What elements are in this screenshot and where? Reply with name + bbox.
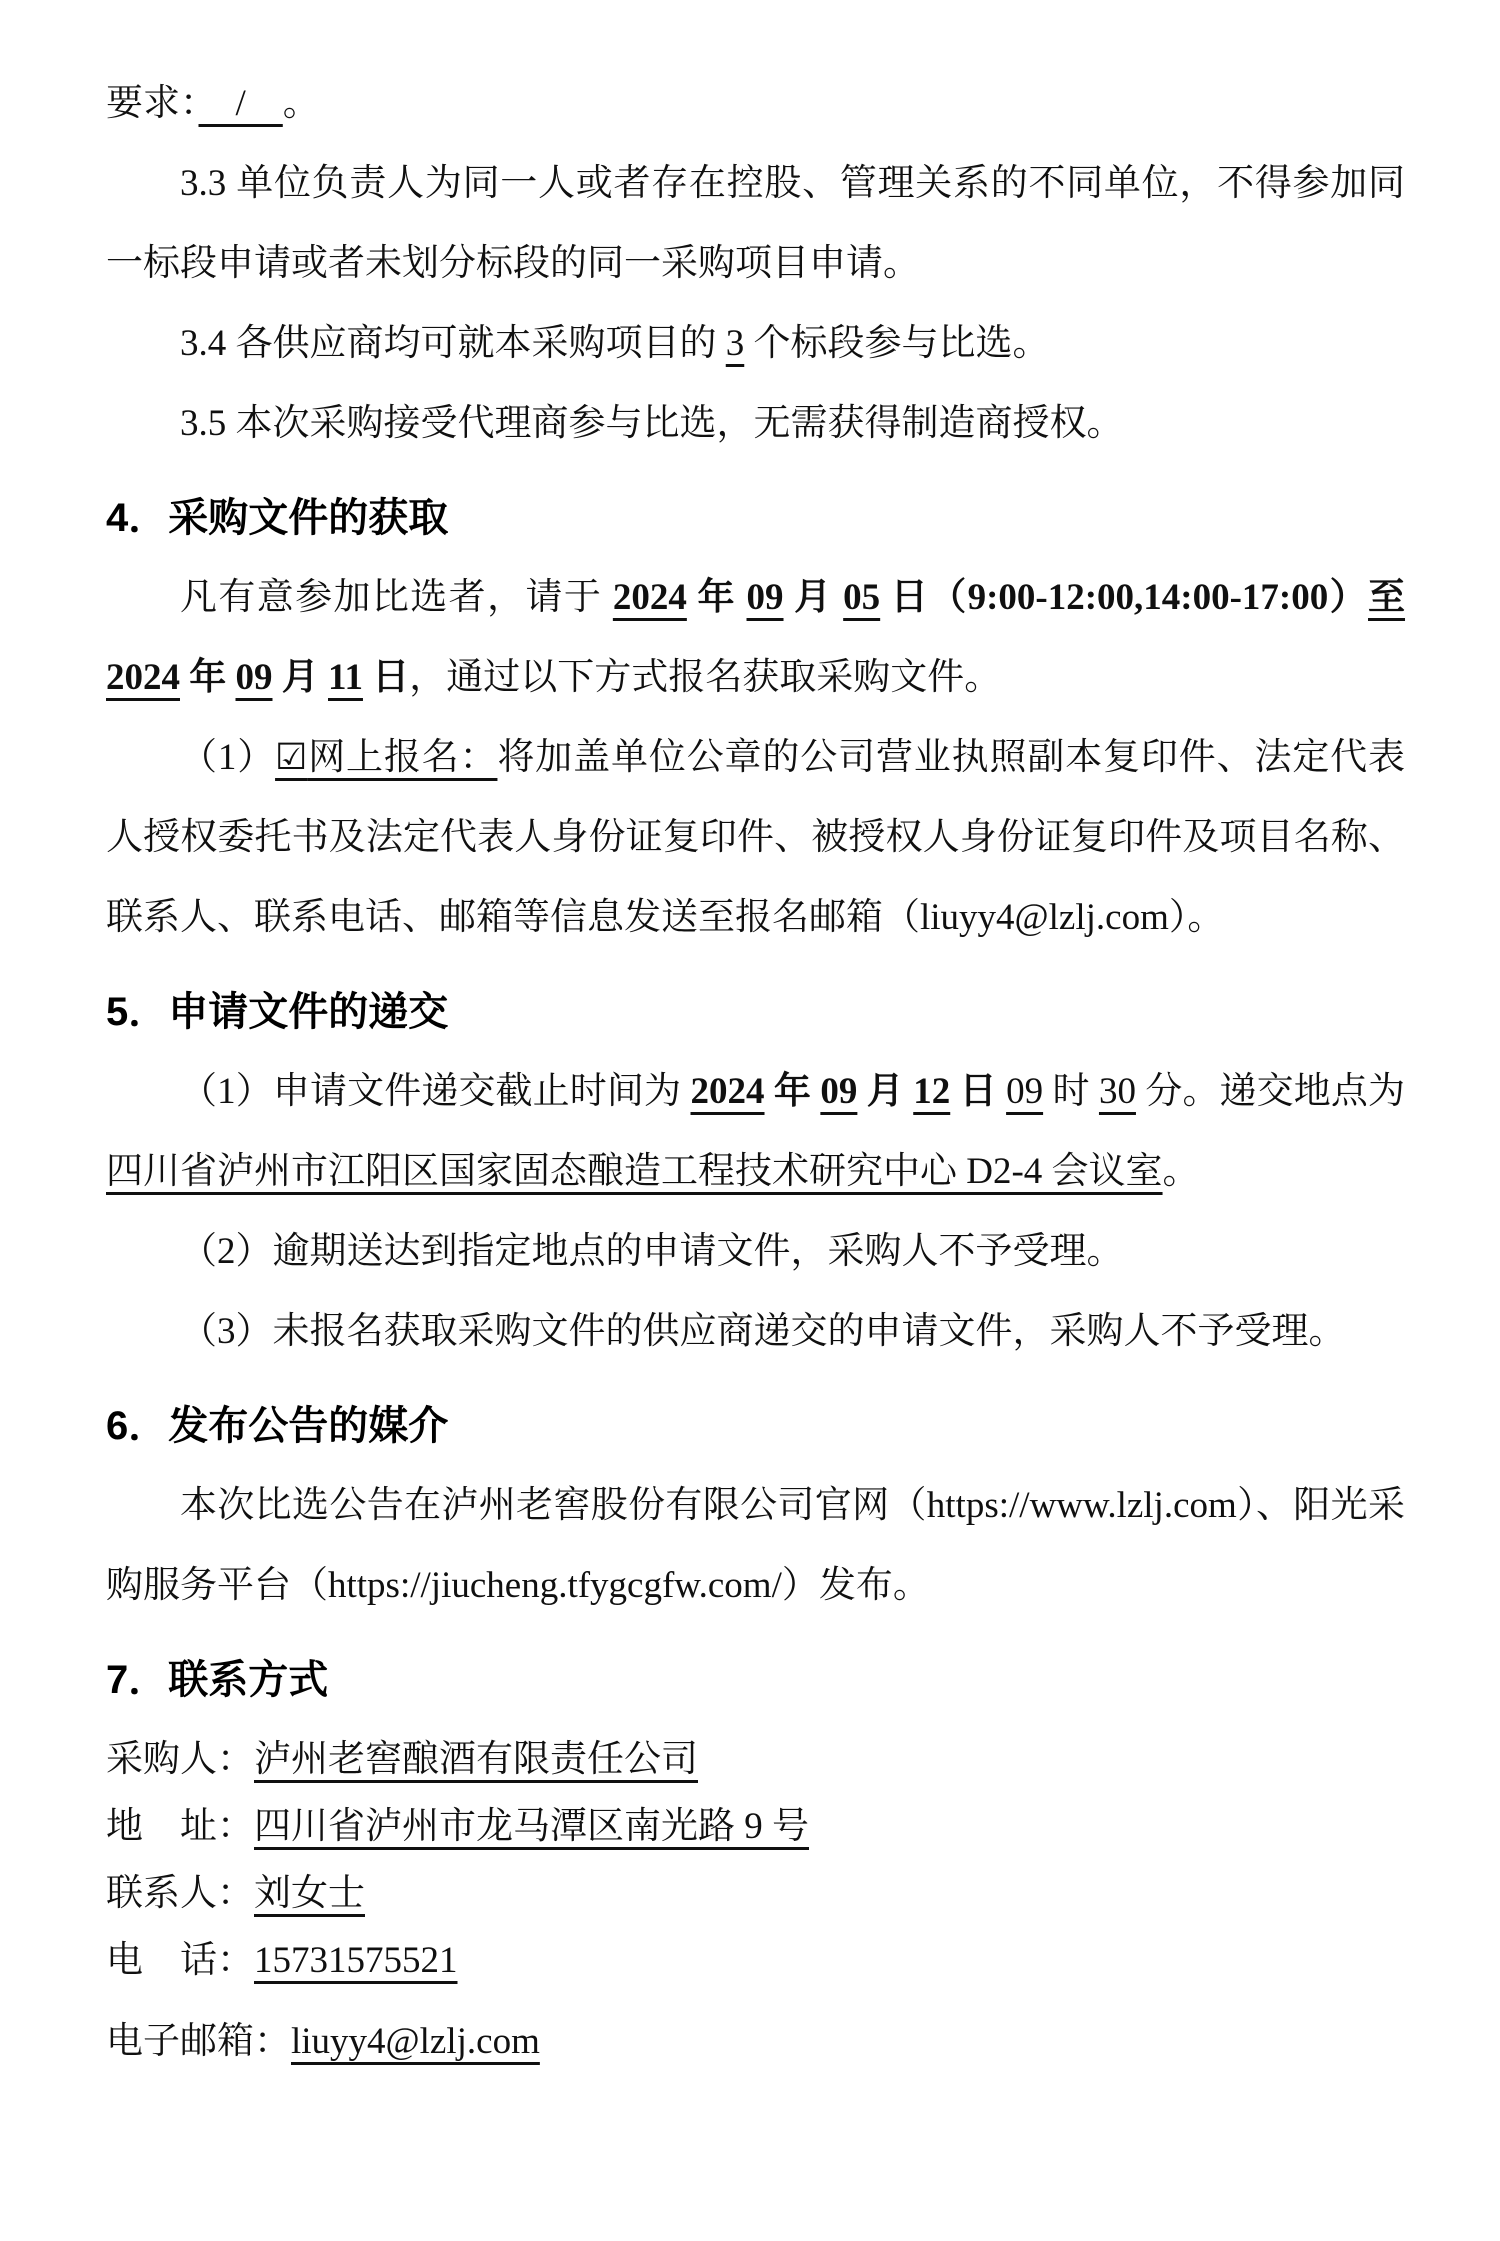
item-3-3: 3.3 单位负责人为同一人或者存在控股、管理关系的不同单位，不得参加同一标段申请…: [106, 144, 1405, 304]
contact-address-label: 地 址：: [106, 1806, 254, 1847]
text-segment: 3.3 单位负责人为同一人或者存在控股、管理关系的不同单位，不得参加同一标段申请…: [106, 163, 1405, 284]
text-segment: 3.5 本次采购接受代理商参与比选，无需获得制造商授权。: [180, 403, 1124, 444]
section-4-heading: 4．采购文件的获取: [106, 478, 1405, 558]
contact-purchaser-label: 采购人：: [106, 1739, 254, 1780]
contact-phone-value: 15731575521: [254, 1940, 458, 1981]
contact-person: 联系人：刘女士: [106, 1860, 1405, 1927]
text-segment: 年: [180, 657, 236, 698]
text-segment: 日（9:00-12:00,14:00-17:00）: [880, 577, 1368, 618]
text-segment: （1）申请文件递交截止时间为: [180, 1071, 691, 1112]
contact-info-block: 采购人：泸州老窖酿酒有限责任公司 地 址：四川省泸州市龙马潭区南光路 9 号 联…: [106, 1726, 1405, 2075]
text-segment: 月: [857, 1071, 913, 1112]
section-4-item-1: （1）☑网上报名：将加盖单位公章的公司营业执照副本复印件、法定代表人授权委托书及…: [106, 718, 1405, 958]
text-segment: 本次比选公告在泸州老窖股份有限公司官网（https://www.lzlj.com…: [106, 1485, 1405, 1606]
text-segment: 日: [950, 1071, 1006, 1112]
contact-person-value: 刘女士: [254, 1873, 365, 1914]
text-segment: 。: [283, 83, 320, 124]
text-segment: 2024: [691, 1071, 765, 1112]
contact-address-value: 四川省泸州市龙马潭区南光路 9 号: [254, 1806, 809, 1847]
text-segment: 09: [820, 1071, 857, 1112]
contact-phone: 电 话：15731575521: [106, 1927, 1405, 1994]
contact-purchaser-value: 泸州老窖酿酒有限责任公司: [254, 1739, 698, 1780]
text-segment: 时: [1043, 1071, 1099, 1112]
contact-email: 电子邮箱：liuyy4@lzlj.com: [106, 2008, 1405, 2075]
section-5-item-3: （3）未报名获取采购文件的供应商递交的申请文件，采购人不予受理。: [106, 1292, 1405, 1372]
text-segment: （3）未报名获取采购文件的供应商递交的申请文件，采购人不予受理。: [180, 1311, 1346, 1352]
item-3-4: 3.4 各供应商均可就本采购项目的 3 个标段参与比选。: [106, 304, 1405, 384]
contact-email-value: liuyy4@lzlj.com: [291, 2021, 540, 2062]
section-7-heading: 7．联系方式: [106, 1640, 1405, 1720]
contact-address: 地 址：四川省泸州市龙马潭区南光路 9 号: [106, 1793, 1405, 1860]
section-5-item-1: （1）申请文件递交截止时间为 2024 年 09 月 12 日 09 时 30 …: [106, 1052, 1405, 1212]
checked-checkbox-icon: ☑: [275, 737, 307, 778]
text-segment: 至: [1368, 577, 1405, 618]
text-segment: 分。递交地点为: [1136, 1071, 1405, 1112]
text-segment: 年: [765, 1071, 821, 1112]
text-segment: 凡有意参加比选者，请于: [180, 577, 613, 618]
text-segment: 11: [328, 657, 363, 698]
section-6-heading: 6．发布公告的媒介: [106, 1386, 1405, 1466]
online-registration-label: 网上报名：: [307, 737, 497, 778]
section-5-heading: 5．申请文件的递交: [106, 972, 1405, 1052]
section-5-item-2: （2）逾期送达到指定地点的申请文件，采购人不予受理。: [106, 1212, 1405, 1292]
text-segment: 09: [1006, 1071, 1043, 1112]
text-segment: 2024: [613, 577, 687, 618]
text-segment: 。: [1163, 1151, 1200, 1192]
text-segment: （1）: [180, 737, 275, 778]
text-segment: 09: [747, 577, 784, 618]
lot-count-value: 3: [726, 323, 745, 364]
contact-person-label: 联系人：: [106, 1873, 254, 1914]
text-segment: ，通过以下方式报名获取采购文件。: [409, 657, 1001, 698]
item-3-5: 3.5 本次采购接受代理商参与比选，无需获得制造商授权。: [106, 384, 1405, 464]
text-segment: 要求：: [106, 83, 199, 124]
text-segment: 月: [784, 577, 844, 618]
requirement-line: 要求： / 。: [106, 64, 1405, 144]
contact-phone-label: 电 话：: [106, 1940, 254, 1981]
text-segment: 09: [236, 657, 273, 698]
submission-location-value: 四川省泸州市江阳区国家固态酿造工程技术研究中心 D2-4 会议室: [106, 1151, 1163, 1192]
text-segment: 12: [913, 1071, 950, 1112]
document-page: 要求： / 。 3.3 单位负责人为同一人或者存在控股、管理关系的不同单位，不得…: [0, 0, 1500, 2241]
section-4-paragraph: 凡有意参加比选者，请于 2024 年 09 月 05 日（9:00-12:00,…: [106, 558, 1405, 718]
text-segment: 年: [687, 577, 747, 618]
text-segment: （2）逾期送达到指定地点的申请文件，采购人不予受理。: [180, 1231, 1124, 1272]
text-segment: 30: [1099, 1071, 1136, 1112]
section-6-paragraph: 本次比选公告在泸州老窖股份有限公司官网（https://www.lzlj.com…: [106, 1466, 1405, 1626]
text-segment: 个标段参与比选。: [744, 323, 1049, 364]
contact-email-label: 电子邮箱：: [106, 2021, 291, 2062]
text-segment: 05: [843, 577, 880, 618]
contact-purchaser: 采购人：泸州老窖酿酒有限责任公司: [106, 1726, 1405, 1793]
requirement-blank-field: /: [199, 83, 283, 124]
text-segment: 2024: [106, 657, 180, 698]
text-segment: 日: [363, 657, 409, 698]
text-segment: 3.4 各供应商均可就本采购项目的: [180, 323, 726, 364]
text-segment: 月: [273, 657, 329, 698]
